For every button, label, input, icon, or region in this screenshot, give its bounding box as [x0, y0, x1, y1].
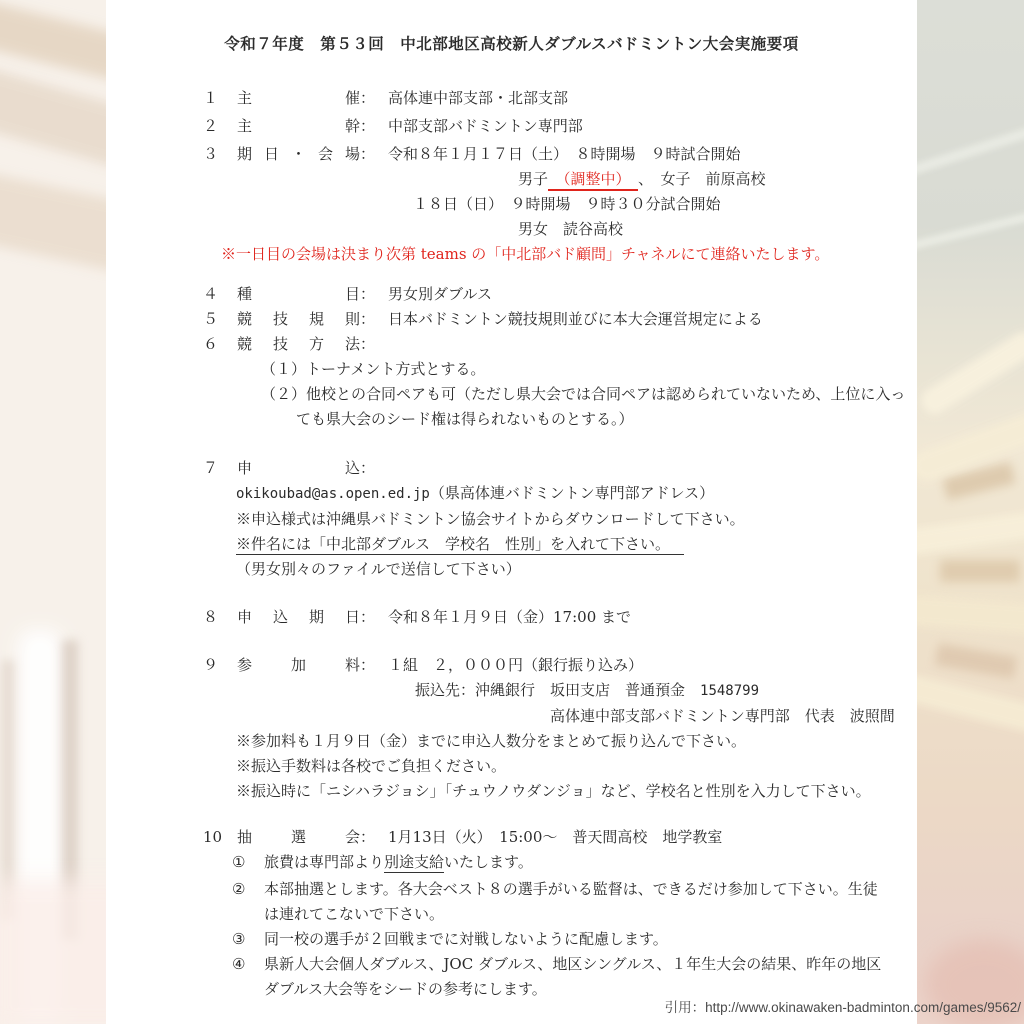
item-2-colon: ：	[360, 114, 375, 139]
shuttlecock-feather	[914, 672, 1024, 735]
drawing-note-2: ②本部抽選とします。各大会ベスト８の選手がいる監督は、できるだけ参加して下さい。…	[106, 877, 917, 902]
drawing-note-3-text: 同一校の選手が２回戦までに対戦しないように配慮します。	[264, 930, 668, 948]
bank-transfer-line: 振込先：沖縄銀行 坂田支店 普通預金 1548799	[106, 678, 917, 704]
gym-floor-sheen	[0, 880, 110, 1024]
item-8-value: 令和８年１月９日（金）17:00 まで	[388, 608, 631, 626]
drawing-note-1: ①旅費は専門部より別途支給いたします。	[106, 850, 917, 875]
application-email-line: okikoubad@as.open.ed.jp（県高体連バドミントン専門部アドレ…	[106, 481, 917, 507]
method-2-wrap-line: ても県大会のシード権は得られないものとする。）	[106, 407, 917, 432]
gym-ceiling-truss	[914, 207, 1024, 261]
bank-account-holder-line: 高体連中部支部バドミントン専門部 代表 波照間	[106, 704, 917, 729]
shuttlecock-feather-gap	[940, 560, 1020, 582]
item-1-number: １	[203, 86, 237, 111]
boys-venue-tbd-red: （調整中）	[548, 170, 638, 191]
gym-ceiling-beam-icon	[0, 0, 110, 87]
bank-name-branch: 振込先：沖縄銀行 坂田支店 普通預金	[415, 681, 700, 699]
fee-note-2: ※振込手数料は各校でご負担ください。	[106, 754, 917, 779]
item-9-number: ９	[203, 653, 237, 678]
item-3-label: 期日・会場	[237, 142, 360, 167]
item-2-number: ２	[203, 114, 237, 139]
document-title: 令和７年度 第５３回 中北部地区高校新人ダブルスバドミントン大会実施要項	[106, 31, 917, 56]
citation-source-url: 引用：http://www.okinawaken-badminton.com/g…	[665, 1000, 1021, 1016]
application-email-address: okikoubad@as.open.ed.jp	[236, 486, 430, 502]
item-3-date-venue: ３期日・会場：令和８年１月１７日（土） ８時開場 ９時試合開始	[106, 142, 917, 167]
fee-note-1: ※参加料も１月９日（金）までに申込人数分をまとめて振り込んで下さい。	[106, 729, 917, 754]
application-note-2-underlined: ※件名には「中北部ダブルス 学校名 性別」を入れて下さい。	[106, 532, 917, 557]
application-subject-rule: ※件名には「中北部ダブルス 学校名 性別」を入れて下さい。	[236, 535, 684, 555]
item-4-number: ４	[203, 282, 237, 307]
application-note-3: （男女別々のファイルで送信して下さい）	[106, 557, 917, 582]
method-1-line: （１）トーナメント方式とする。	[106, 357, 917, 382]
drawing-note-3: ③同一校の選手が２回戦までに対戦しないように配慮します。	[106, 927, 917, 952]
shuttlecock-feather	[914, 595, 1024, 635]
item-6-method: ６競技方法：	[106, 332, 917, 357]
application-note-1: ※申込様式は沖縄県バドミントン協会サイトからダウンロードして下さい。	[106, 507, 917, 532]
item-6-colon: ：	[360, 332, 375, 357]
item-5-value: 日本バドミントン競技規則並びに本大会運営規定による	[388, 310, 763, 328]
item-4-event: ４種目：男女別ダブルス	[106, 282, 917, 307]
day2-schedule-line: １８日（日） ９時開場 ９時３０分試合開始	[106, 192, 917, 217]
drawing-note-4: ④県新人大会個人ダブルス、JOC ダブルス、地区シングルス、１年生大会の結果、昨…	[106, 952, 917, 977]
item-3-number: ３	[203, 142, 237, 167]
day2-venue-line: 男女 読谷高校	[106, 217, 917, 242]
gym-ceiling-beam-icon	[0, 64, 110, 177]
item-5-colon: ：	[360, 307, 375, 332]
item-5-number: ５	[203, 307, 237, 332]
item-7-colon: ：	[360, 456, 375, 481]
circled-1-icon: ①	[232, 850, 264, 875]
tournament-notice-document: 令和７年度 第５３回 中北部地区高校新人ダブルスバドミントン大会実施要項 １主催…	[106, 0, 917, 1002]
girls-venue: 、 女子 前原高校	[638, 170, 766, 188]
background-photo-right	[914, 0, 1024, 1024]
item-9-fee: ９参加料：１組 ２，０００円（銀行振り込み）	[106, 653, 917, 678]
travel-cost-underlined: 別途支給	[384, 853, 444, 873]
item-1-colon: ：	[360, 86, 375, 111]
item-10-value: 1月13日（火） 15:00～ 普天間高校 地学教室	[388, 828, 722, 846]
day1-boys-venue-line: 男子 （調整中） 、 女子 前原高校	[106, 167, 917, 192]
item-2-label: 主幹	[237, 114, 360, 139]
item-1-value: 高体連中部支部・北部支部	[388, 89, 568, 107]
item-7-label: 申込	[237, 456, 360, 481]
drawing-note-4-text: 県新人大会個人ダブルス、JOC ダブルス、地区シングルス、１年生大会の結果、昨年…	[264, 955, 881, 973]
gym-ceiling-truss	[914, 121, 1024, 189]
item-2-manager: ２主幹：中部支部バドミントン専門部	[106, 114, 917, 139]
drawing-note-4-wrap: ダブルス大会等をシードの参考にします。	[106, 977, 917, 1002]
method-2-line: （２）他校との合同ペアも可（ただし県大会では合同ペアは認められていないため、上位…	[106, 382, 917, 407]
item-4-label: 種目	[237, 282, 360, 307]
item-1-organizer: １主催：高体連中部支部・北部支部	[106, 86, 917, 111]
item-4-colon: ：	[360, 282, 375, 307]
application-email-note: （県高体連バドミントン専門部アドレス）	[430, 484, 714, 502]
document-panel: 令和７年度 第５３回 中北部地区高校新人ダブルスバドミントン大会実施要項 １主催…	[106, 0, 917, 1024]
item-6-number: ６	[203, 332, 237, 357]
item-10-number: 10	[203, 825, 237, 850]
item-7-number: ７	[203, 456, 237, 481]
item-3-colon: ：	[360, 142, 375, 167]
item-8-deadline: ８申込期日：令和８年１月９日（金）17:00 まで	[106, 605, 917, 630]
boys-label: 男子	[518, 170, 548, 188]
item-5-label: 競技規則	[237, 307, 360, 332]
shuttlecock-feather	[917, 328, 1024, 419]
travel-cost-post: いたします。	[444, 853, 533, 871]
item-4-value: 男女別ダブルス	[388, 285, 492, 303]
item-6-label: 競技方法	[237, 332, 360, 357]
circled-3-icon: ③	[232, 927, 264, 952]
item-8-colon: ：	[360, 605, 375, 630]
fee-note-3: ※振込時に「ニシハラジョシ」「チュウノウダンジョ」など、学校名と性別を入力して下…	[106, 779, 917, 804]
item-9-label: 参加料	[237, 653, 360, 678]
item-10-colon: ：	[360, 825, 375, 850]
background-photo-left	[0, 0, 110, 1024]
item-10-drawing: 10抽選会：1月13日（火） 15:00～ 普天間高校 地学教室	[106, 825, 917, 850]
venue-announcement-note-red: ※一日目の会場は決まり次第 teams の「中北部バド顧問」チャネルにて連絡いた…	[106, 242, 917, 267]
shuttlecock-feather-gap	[935, 643, 1018, 679]
bank-account-number: 1548799	[700, 683, 759, 699]
circled-4-icon: ④	[232, 952, 264, 977]
drawing-note-2-text: 本部抽選とします。各大会ベスト８の選手がいる監督は、できるだけ参加して下さい。生…	[264, 880, 878, 898]
item-8-number: ８	[203, 605, 237, 630]
item-7-application: ７申込：	[106, 456, 917, 481]
item-3-value: 令和８年１月１７日（土） ８時開場 ９時試合開始	[388, 145, 741, 163]
item-10-label: 抽選会	[237, 825, 360, 850]
item-9-value: １組 ２，０００円（銀行振り込み）	[388, 656, 643, 674]
circled-2-icon: ②	[232, 877, 264, 902]
item-5-rules: ５競技規則：日本バドミントン競技規則並びに本大会運営規定による	[106, 307, 917, 332]
item-2-value: 中部支部バドミントン専門部	[388, 117, 583, 135]
travel-cost-pre: 旅費は専門部より	[264, 853, 384, 871]
item-8-label: 申込期日	[237, 605, 360, 630]
item-1-label: 主催	[237, 86, 360, 111]
drawing-note-2-wrap: は連れてこないで下さい。	[106, 902, 917, 927]
shuttlecock-feather	[914, 510, 1024, 557]
item-9-colon: ：	[360, 653, 375, 678]
gym-ceiling-beam-icon	[0, 171, 110, 279]
